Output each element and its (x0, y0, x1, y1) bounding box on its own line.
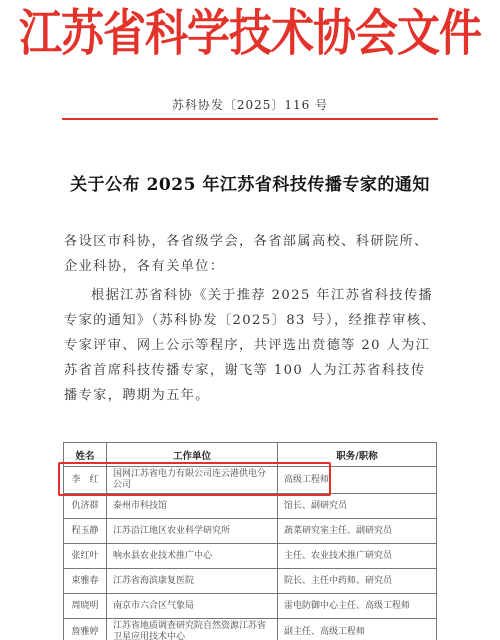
cell-title: 蔬菜研究室主任、副研究员 (278, 519, 437, 544)
cell-name: 仇济群 (64, 494, 107, 519)
cell-unit: 江苏省海滨康复医院 (107, 569, 278, 594)
table-row: 仇济群 泰州市科技馆 馆长、副研究员 (64, 494, 437, 519)
salutation: 各设区市科协，各省级学会，各省部属高校、科研院所、企业科协，各有关单位： (64, 229, 438, 279)
red-divider (62, 118, 438, 120)
body-paragraph: 根据江苏省科协《关于推荐 2025 年江苏省科技传播专家的通知》（苏科协发〔20… (64, 283, 438, 408)
cell-title: 副主任、高级工程师 (278, 619, 437, 640)
table-row: 周晓明 南京市六合区气象局 雷电防御中心主任、高级工程师 (64, 594, 437, 619)
cell-name: 张红叶 (64, 544, 107, 569)
cell-name: 詹雅婷 (64, 619, 107, 640)
cell-title: 雷电防御中心主任、高级工程师 (278, 594, 437, 619)
cell-title: 院长、主任中药师、研究员 (278, 569, 437, 594)
cell-name: 束雅春 (64, 569, 107, 594)
table-row: 詹雅婷 江苏省地质调查研究院自然资源江苏省卫星应用技术中心 副主任、高级工程师 (64, 619, 437, 640)
table-row: 束雅春 江苏省海滨康复医院 院长、主任中药师、研究员 (64, 569, 437, 594)
cell-unit: 响水县农业技术推广中心 (107, 544, 278, 569)
cell-unit: 泰州市科技馆 (107, 494, 278, 519)
notice-title: 关于公布 2025 年江苏省科技传播专家的通知 (0, 170, 500, 195)
table-row: 张红叶 响水县农业技术推广中心 主任、农业技术推广研究员 (64, 544, 437, 569)
document-masthead: 江苏省科学技术协会文件 (0, 4, 500, 64)
cell-title: 主任、农业技术推广研究员 (278, 544, 437, 569)
cell-name: 程玉静 (64, 519, 107, 544)
table-row: 程玉静 江苏沿江地区农业科学研究所 蔬菜研究室主任、副研究员 (64, 519, 437, 544)
cell-unit: 江苏省地质调查研究院自然资源江苏省卫星应用技术中心 (107, 619, 278, 640)
cell-unit: 南京市六合区气象局 (107, 594, 278, 619)
cell-name: 周晓明 (64, 594, 107, 619)
cell-title: 馆长、副研究员 (278, 494, 437, 519)
cell-unit: 江苏沿江地区农业科学研究所 (107, 519, 278, 544)
document-number: 苏科协发〔2025〕116 号 (0, 96, 500, 113)
highlight-box (58, 462, 331, 496)
